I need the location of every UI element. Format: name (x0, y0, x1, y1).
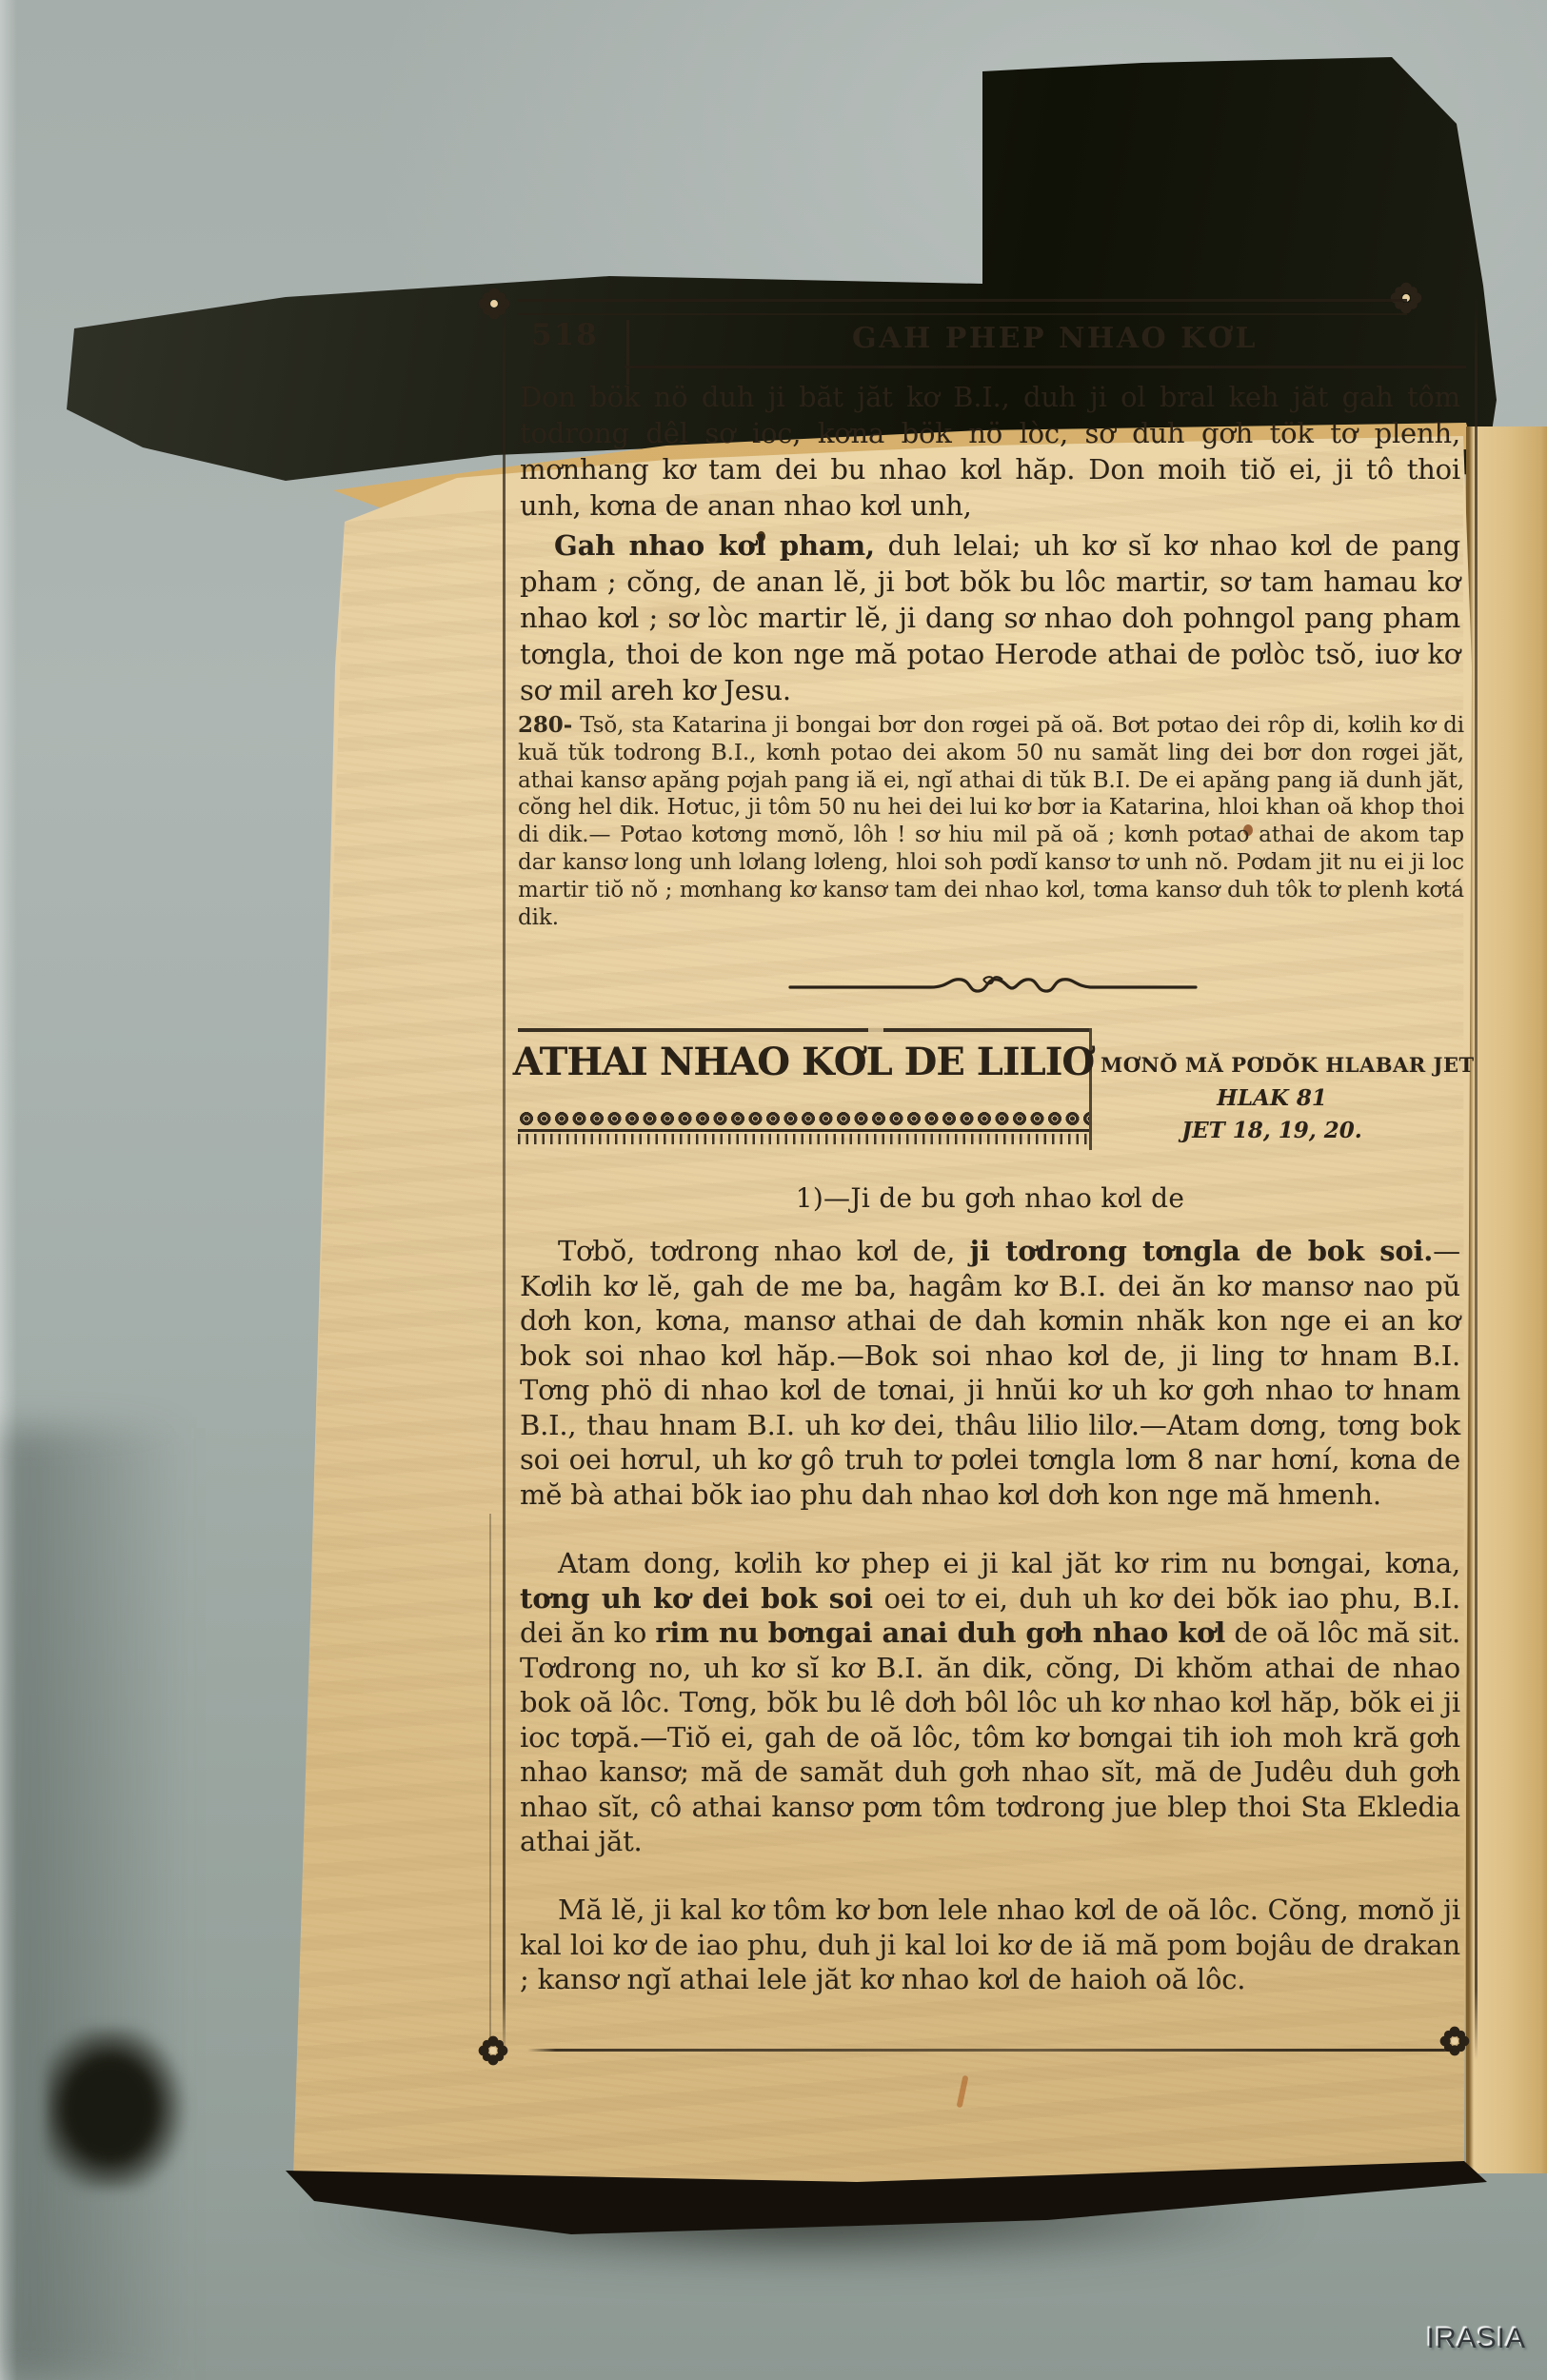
section-column-divider (1089, 1028, 1092, 1150)
section-heading-rule (518, 1028, 1089, 1032)
floral-rosette-icon (478, 2035, 510, 2068)
header-underline-rule (625, 366, 1466, 368)
left-margin-rule (503, 293, 506, 2060)
floral-rosette-icon (1439, 2026, 1472, 2058)
printed-page-content: 518 GAH PHEP NHAO KƠL Don bök nö duh ji … (503, 286, 1483, 2094)
floral-rosette-icon (478, 288, 510, 320)
lace-ornament-band (518, 1108, 1089, 1146)
reference-line-1: MƠNŎ MĂ PƠDŎK HLABAR JET (1101, 1053, 1443, 1077)
header-double-rule (518, 299, 1407, 315)
page-number: 518 (531, 318, 599, 352)
reference-line-3: JET 18, 19, 20. (1101, 1118, 1443, 1143)
body-paragraph-1: Tơbŏ, tơdrong nhao kơl de, ji tơdrong tơ… (520, 1234, 1460, 1512)
intro-paragraph-2: Gah nhao kơl pham, duh lelai; uh kơ sĭ k… (520, 527, 1460, 708)
cover-corner-bottom-left (46, 2028, 188, 2190)
running-title: GAH PHEP NHAO KƠL (645, 322, 1464, 355)
footer-rule (518, 2049, 1462, 2052)
intro-paragraph-1: Don bök nö duh ji băt jăt kơ B.I., duh j… (520, 379, 1460, 524)
right-margin-rule (1475, 293, 1478, 2060)
scanned-book-page: 518 GAH PHEP NHAO KƠL Don bök nö duh ji … (0, 0, 1547, 2380)
reference-line-2: HLAK 81 (1101, 1085, 1443, 1111)
section-title: ATHAI NHAO KƠL DE LILIƠ (512, 1040, 1095, 1084)
left-margin-rule-2 (489, 1514, 491, 2047)
body-paragraph-3: Mă lĕ, ji kal kơ tôm kơ bơn lele nhao kơ… (520, 1893, 1460, 1997)
irasia-watermark: IRASIA (1427, 2323, 1526, 2355)
footnote-paragraph-280: 280- Tsŏ, sta Katarina ji bongai bơr don… (518, 712, 1464, 931)
sub-heading: 1)—Ji de bu gơh nhao kơl de (503, 1182, 1478, 1214)
scroll-flourish-icon (788, 971, 1198, 1000)
header-divider-tick (626, 320, 629, 385)
body-paragraph-2: Atam dong, kơlih kơ phep ei ji kal jăt k… (520, 1546, 1460, 1859)
